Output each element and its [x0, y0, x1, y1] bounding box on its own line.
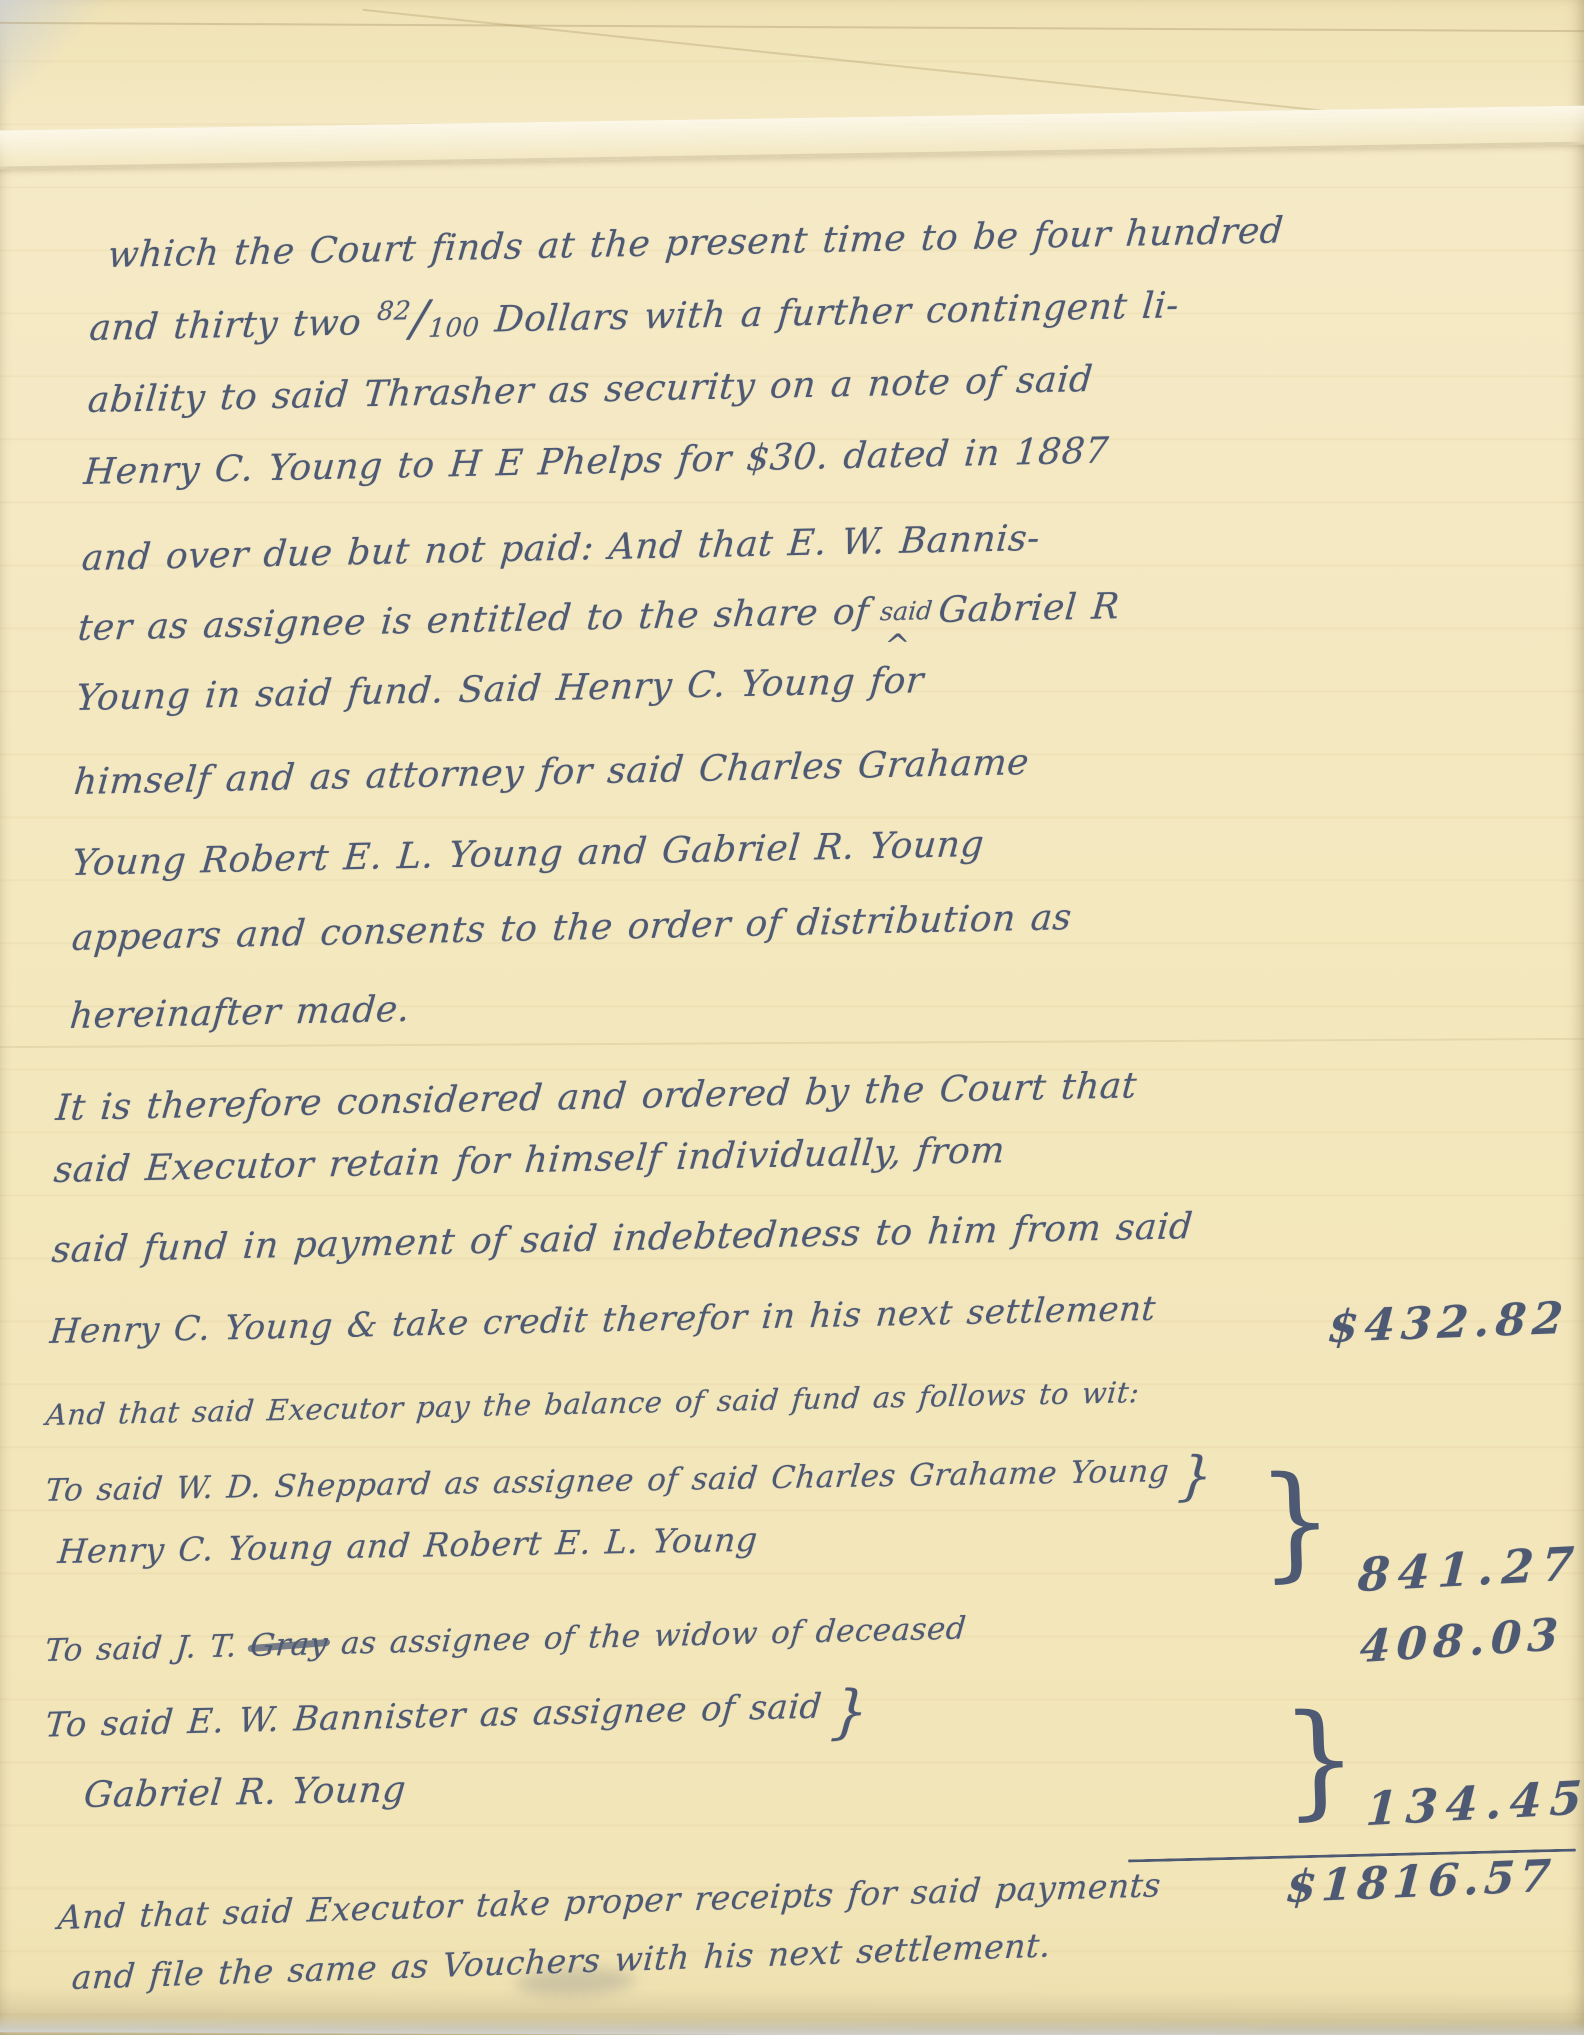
handwritten-line: Henry C. Young to H E Phelps for $30. da… [82, 430, 1110, 493]
handwritten-line: said fund in payment of said indebtednes… [50, 1206, 1194, 1271]
handwritten-line: Young Robert E. L. Young and Gabriel R. … [70, 824, 985, 884]
inserted-word: said [879, 596, 934, 626]
handwriting-layer: which the Court finds at the present tim… [0, 0, 1584, 2035]
handwritten-line: To said E. W. Bannister as assignee of s… [42, 1677, 871, 1765]
scanned-page: which the Court finds at the present tim… [0, 0, 1584, 2035]
handwritten-line: It is therefore considered and ordered b… [54, 1065, 1138, 1129]
handwritten-line: Henry C. Young & take credit therefor in… [48, 1289, 1157, 1352]
amount-total: $1816.57 [1284, 1851, 1557, 1913]
handwritten-line: said Executor retain for himself individ… [52, 1130, 1006, 1191]
handwritten-line: Henry C. Young and Robert E. L. Young [56, 1520, 759, 1571]
handwritten-line: And that said Executor pay the balance o… [45, 1375, 1141, 1432]
amount-sheppard: 841.27 [1357, 1536, 1584, 1602]
handwritten-line: Young in said fund. Said Henry C. Young … [74, 660, 925, 719]
handwritten-line: And that said Executor take proper recei… [57, 1865, 1163, 1937]
handwritten-line: appears and consents to the order of dis… [70, 897, 1073, 959]
line-text: as assignee of the widow of deceased [326, 1610, 967, 1662]
handwritten-line: and over due but not paid: And that E. W… [80, 518, 1041, 579]
handwritten-line: ter as assignee is entitled to the share… [76, 586, 1121, 649]
brace-icon: } [829, 1677, 872, 1746]
brace-icon: } [1280, 1696, 1359, 1823]
insertion-mark: said ^ [883, 622, 923, 623]
handwritten-line: himself and as attorney for said Charles… [72, 742, 1030, 803]
fraction-82-100: 82/100 [375, 299, 497, 343]
caret-insertion-icon: ^ [883, 628, 912, 664]
handwritten-line: To said J. T. Gray as assignee of the wi… [44, 1610, 968, 1669]
handwritten-line: To said W. D. Sheppard as assignee of sa… [42, 1446, 1215, 1527]
fraction-numerator: 82 [376, 296, 412, 327]
line-text: and thirty two [88, 302, 363, 349]
line-text: Dollars with a further contingent li- [493, 285, 1180, 340]
handwritten-line: ability to said Thrasher as security on … [86, 359, 1094, 421]
line-text: To said W. D. Sheppard as assignee of sa… [44, 1453, 1171, 1509]
handwritten-line: hereinafter made. [68, 989, 411, 1037]
amount-bannister: 134.45 [1365, 1770, 1584, 1836]
handwritten-line: Gabriel R. Young [82, 1769, 408, 1816]
scribbled-word: Gray [249, 1626, 329, 1664]
line-text: Gabriel R [937, 586, 1121, 631]
line-text: To said J. T. [44, 1628, 252, 1669]
amount-gray: 408.03 [1359, 1609, 1565, 1673]
brace-icon: } [1176, 1446, 1215, 1508]
handwritten-line: and file the same as Vouchers with his n… [71, 1925, 1053, 1997]
brace-icon: } [1256, 1458, 1335, 1585]
fraction-denominator: 100 [427, 313, 480, 344]
line-text: ter as assignee is entitled to the share… [76, 591, 871, 649]
handwritten-line: which the Court finds at the present tim… [106, 210, 1285, 276]
amount-retained-by-executor: $432.82 [1326, 1293, 1570, 1353]
line-text: To said E. W. Bannister as assignee of s… [44, 1687, 824, 1746]
handwritten-line: and thirty two 82/100 Dollars with a fur… [88, 273, 1182, 352]
